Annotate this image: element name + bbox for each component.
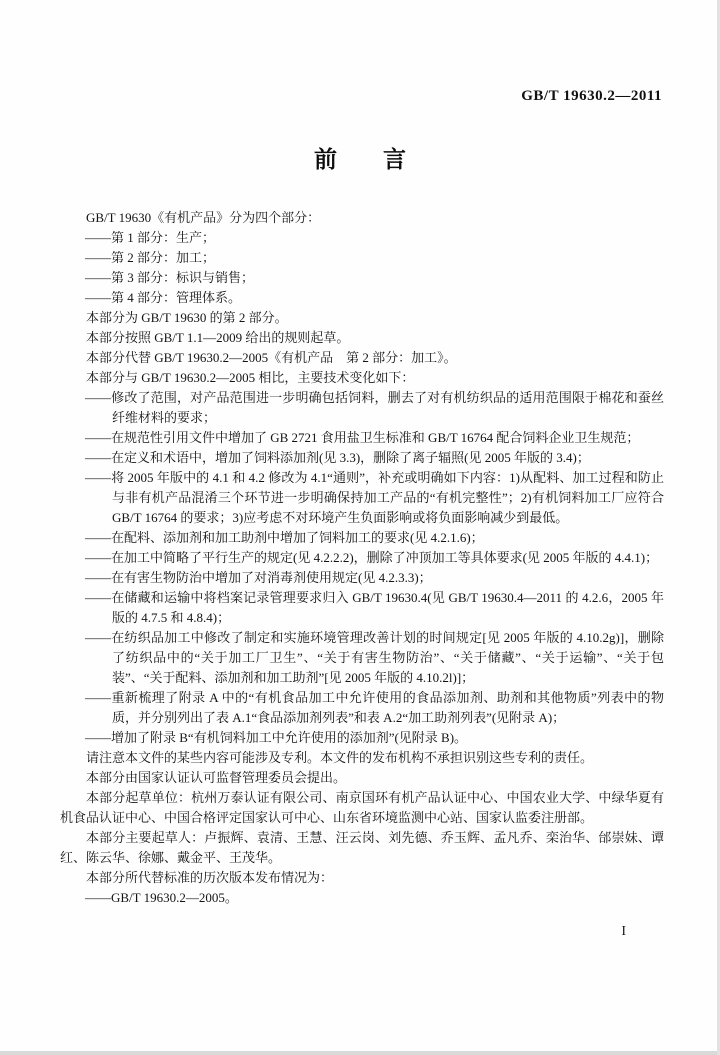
paragraph: ——GB/T 19630.2—2005。 <box>60 888 664 908</box>
paragraph: 本部分按照 GB/T 1.1—2009 给出的规则起草。 <box>60 328 664 348</box>
document-page: GB/T 19630.2—2011 前 言 GB/T 19630《有机产品》分为… <box>0 0 720 1055</box>
paragraph: ——增加了附录 B“有机饲料加工中允许使用的添加剂”(见附录 B)。 <box>60 728 664 748</box>
standard-number: GB/T 19630.2—2011 <box>0 88 720 104</box>
paragraph: ——修改了范围，对产品范围进一步明确包括饲料，删去了对有机纺织品的适用范围限于棉… <box>60 388 664 428</box>
paragraph: 本部分所代替标准的历次版本发布情况为： <box>60 868 664 888</box>
paragraph: ——第 4 部分：管理体系。 <box>60 288 664 308</box>
paragraph: 本部分代替 GB/T 19630.2—2005《有机产品 第 2 部分：加工》。 <box>60 348 664 368</box>
paragraph: ——在规范性引用文件中增加了 GB 2721 食用盐卫生标准和 GB/T 167… <box>60 428 664 448</box>
page-title: 前 言 <box>0 146 720 172</box>
paragraph: 请注意本文件的某些内容可能涉及专利。本文件的发布机构不承担识别这些专利的责任。 <box>60 748 664 768</box>
foreword-paragraphs: GB/T 19630《有机产品》分为四个部分：——第 1 部分：生产；——第 2… <box>60 208 664 908</box>
paragraph: 本部分与 GB/T 19630.2—2005 相比，主要技术变化如下： <box>60 368 664 388</box>
paragraph: ——在有害生物防治中增加了对消毒剂使用规定(见 4.2.3.3)； <box>60 568 664 588</box>
paragraph: 本部分由国家认证认可监督管理委员会提出。 <box>60 768 664 788</box>
paragraph: ——第 3 部分：标识与销售； <box>60 268 664 288</box>
page-number: I <box>0 924 720 940</box>
paragraph: ——在纺织品加工中修改了制定和实施环境管理改善计划的时间规定[见 2005 年版… <box>60 628 664 688</box>
paragraph: ——在加工中简略了平行生产的规定(见 4.2.2.2)，删除了冲顶加工等具体要求… <box>60 548 664 568</box>
paragraph: ——在储藏和运输中将档案记录管理要求归入 GB/T 19630.4(见 GB/T… <box>60 588 664 628</box>
paragraph: ——第 2 部分：加工； <box>60 248 664 268</box>
paragraph: 本部分为 GB/T 19630 的第 2 部分。 <box>60 308 664 328</box>
paragraph: ——将 2005 年版中的 4.1 和 4.2 修改为 4.1“通则”，补充或明… <box>60 468 664 528</box>
paragraph: ——在配料、添加剂和加工助剂中增加了饲料加工的要求(见 4.2.1.6)； <box>60 528 664 548</box>
paragraph: ——第 1 部分：生产； <box>60 228 664 248</box>
paragraph: GB/T 19630《有机产品》分为四个部分： <box>60 208 664 228</box>
paragraph: ——重新梳理了附录 A 中的“有机食品加工中允许使用的食品添加剂、助剂和其他物质… <box>60 688 664 728</box>
paragraph: ——在定义和术语中，增加了饲料添加剂(见 3.3)，删除了离子辐照(见 2005… <box>60 448 664 468</box>
paragraph: 本部分起草单位：杭州万泰认证有限公司、南京国环有机产品认证中心、中国农业大学、中… <box>60 788 664 828</box>
paragraph: 本部分主要起草人：卢振辉、袁清、王慧、汪云岗、刘先德、乔玉辉、孟凡乔、栾治华、邰… <box>60 828 664 868</box>
